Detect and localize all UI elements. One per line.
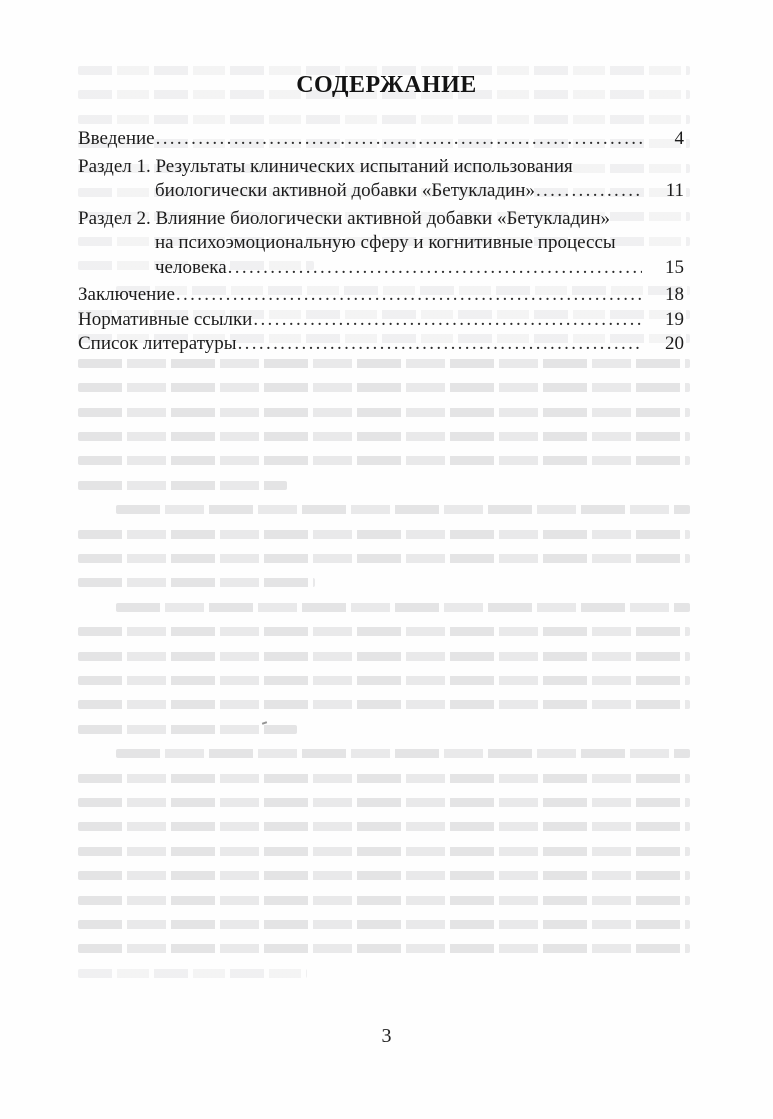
- show-through-line: [78, 774, 690, 783]
- show-through-line: [78, 676, 690, 685]
- show-through-line: [78, 530, 690, 539]
- toc-entry-normative-references[interactable]: Нормативные ссылки 19: [78, 308, 684, 333]
- show-through-line: [78, 627, 690, 636]
- toc-page-number: 15: [648, 256, 684, 281]
- show-through-line: [78, 652, 690, 661]
- toc-entry-bibliography[interactable]: Список литературы 20: [78, 332, 684, 357]
- show-through-line: [78, 700, 690, 709]
- show-through-line: [78, 408, 690, 417]
- show-through-line: [116, 505, 690, 514]
- toc-entry-title: Введение: [78, 127, 155, 152]
- page-title: СОДЕРЖАНИЕ: [0, 72, 773, 99]
- toc-entry-row: Нормативные ссылки 19: [78, 308, 684, 333]
- toc-page-number: 4: [648, 127, 684, 152]
- toc-entry-title: Раздел 2. Влияние биологически активной …: [78, 207, 684, 232]
- show-through-line: [78, 383, 690, 392]
- toc-entry-introduction[interactable]: Введение 4: [78, 127, 684, 152]
- show-through-line: [78, 847, 690, 856]
- show-through-line: [78, 554, 690, 563]
- show-through-line: [78, 359, 690, 368]
- page-number: 3: [0, 1025, 773, 1048]
- show-through-line: [78, 578, 315, 587]
- dot-leader: [536, 179, 642, 204]
- show-through-line: [78, 944, 690, 953]
- show-through-line: [78, 871, 690, 880]
- toc-entry-title-continued: биологически активной добавки «Бетуклади…: [155, 179, 535, 204]
- show-through-line: [78, 798, 690, 807]
- dot-leader: [156, 127, 642, 152]
- dot-leader: [176, 283, 642, 308]
- toc-entry-title-continued: человека: [155, 256, 227, 281]
- toc-entry-row: Введение 4: [78, 127, 684, 152]
- show-through-line: [78, 456, 690, 465]
- show-through-line: [116, 603, 690, 612]
- toc-page-number: 11: [648, 179, 684, 204]
- show-through-line: [78, 822, 690, 831]
- toc-entry-row: человека 15: [78, 256, 684, 281]
- toc-entry-conclusion[interactable]: Заключение 18: [78, 283, 684, 308]
- show-through-line: [78, 896, 690, 905]
- dot-leader: [228, 256, 642, 281]
- dot-leader: [238, 332, 642, 357]
- toc-entry-row: Заключение 18: [78, 283, 684, 308]
- toc-entry-section-2[interactable]: Раздел 2. Влияние биологически активной …: [78, 207, 684, 281]
- toc-entry-section-1[interactable]: Раздел 1. Результаты клинических испытан…: [78, 155, 684, 204]
- dot-leader: [253, 308, 642, 333]
- toc-entry-title: Нормативные ссылки: [78, 308, 252, 333]
- toc-entry-row: биологически активной добавки «Бетуклади…: [78, 179, 684, 204]
- toc-page-number: 20: [648, 332, 684, 357]
- table-of-contents: Введение 4 Раздел 1. Результаты клиничес…: [78, 127, 684, 357]
- show-through-line: [78, 969, 307, 978]
- show-through-line: [78, 725, 297, 734]
- show-through-line: [116, 749, 690, 758]
- toc-entry-row: Список литературы 20: [78, 332, 684, 357]
- toc-entry-title: Заключение: [78, 283, 175, 308]
- toc-entry-title-continued: на психоэмоциональную сферу и когнитивны…: [78, 231, 684, 256]
- show-through-line: [78, 920, 690, 929]
- toc-entry-title: Список литературы: [78, 332, 237, 357]
- show-through-line: [78, 481, 287, 490]
- show-through-line: [78, 115, 690, 124]
- scan-speck: [262, 721, 267, 725]
- book-page: СОДЕРЖАНИЕ Введение 4 Раздел 1. Результа…: [0, 0, 773, 1119]
- toc-page-number: 18: [648, 283, 684, 308]
- show-through-line: [78, 432, 690, 441]
- toc-entry-title: Раздел 1. Результаты клинических испытан…: [78, 155, 684, 180]
- toc-page-number: 19: [648, 308, 684, 333]
